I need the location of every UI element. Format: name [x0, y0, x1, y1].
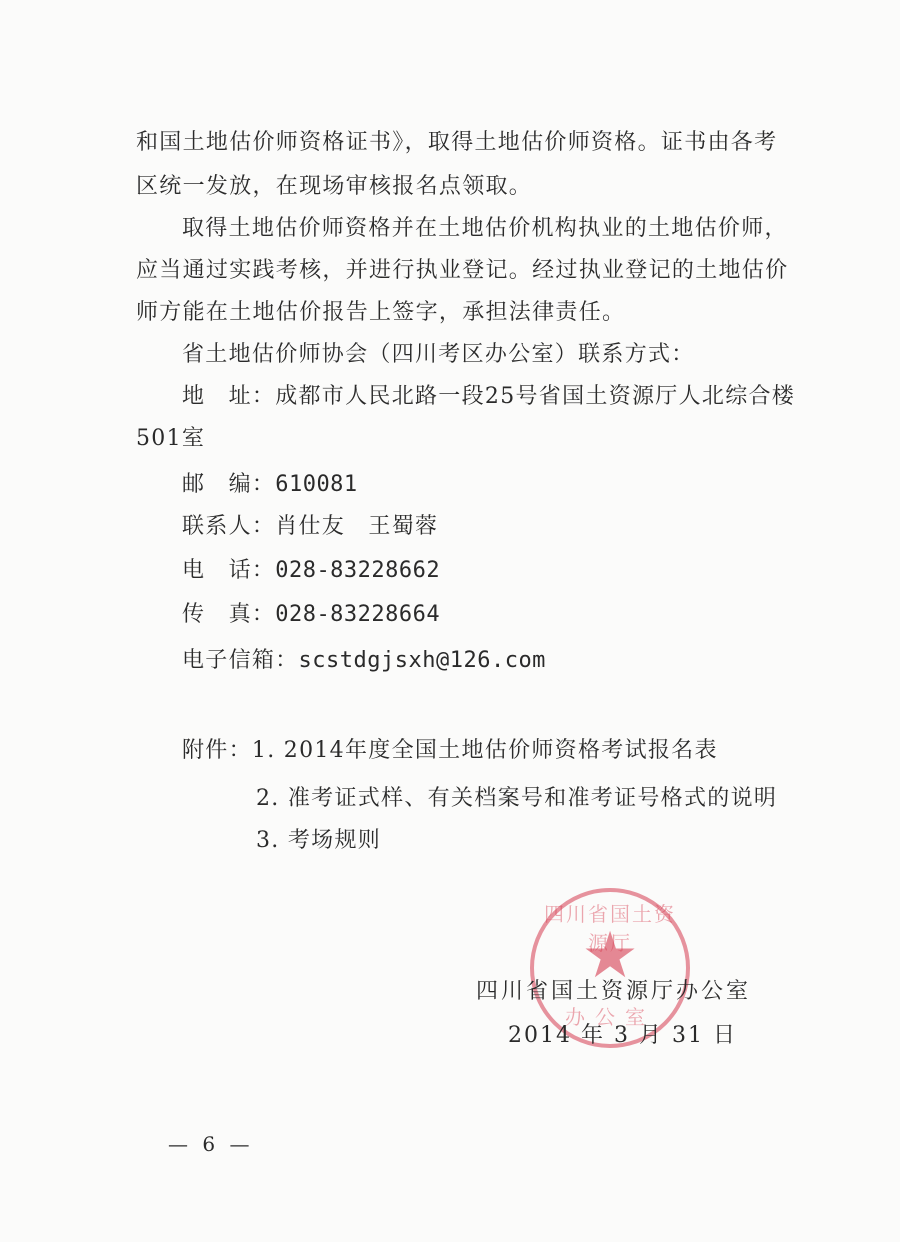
email-value: scstdgjsxh@126.com: [299, 648, 546, 673]
attachments-label: 附件：: [182, 738, 252, 763]
email-label: 电子信箱：: [182, 648, 299, 673]
paragraph-2-line-1: 取得土地估价师资格并在土地估价机构执业的土地估价师，: [182, 214, 788, 244]
contact-person-label: 联系人：: [182, 514, 275, 539]
address-row: 地 址：成都市人民北路一段25号省国土资源厅人北综合楼: [182, 382, 795, 412]
fax-row: 传 真：028-83228664: [182, 600, 440, 630]
contact-person-row: 联系人：肖仕友 王蜀蓉: [182, 512, 438, 542]
paragraph-1-line-2: 区统一发放，在现场审核报名点领取。: [136, 172, 532, 202]
paragraph-2-line-3: 师方能在土地估价报告上签字，承担法律责任。: [136, 298, 625, 328]
fax-label: 传 真：: [182, 602, 275, 627]
contact-person-value: 肖仕友 王蜀蓉: [275, 514, 438, 539]
address-value: 成都市人民北路一段25号省国土资源厅人北综合楼: [275, 384, 795, 409]
fax-value: 028-83228664: [275, 602, 440, 627]
page-number: — 6 —: [168, 1132, 253, 1156]
attachments-row-1: 附件：1. 2014年度全国土地估价师资格考试报名表: [182, 736, 718, 766]
postcode-row: 邮 编：610081: [182, 470, 358, 500]
postcode-value: 610081: [275, 472, 357, 497]
paragraph-2-line-2: 应当通过实践考核，并进行执业登记。经过执业登记的土地估价: [136, 256, 788, 286]
attachment-item-3: 3. 考场规则: [256, 826, 381, 856]
attachment-item-1: 1. 2014年度全国土地估价师资格考试报名表: [252, 738, 718, 763]
email-row: 电子信箱：scstdgjsxh@126.com: [182, 646, 546, 676]
address-line-2: 501室: [136, 424, 205, 454]
phone-value: 028-83228662: [275, 558, 440, 583]
address-label: 地 址：: [182, 384, 275, 409]
phone-label: 电 话：: [182, 558, 275, 583]
attachment-item-2: 2. 准考证式样、有关档案号和准考证号格式的说明: [256, 784, 777, 814]
paragraph-1-line-1: 和国土地估价师资格证书》，取得土地估价师资格。证书由各考: [136, 128, 777, 158]
postcode-label: 邮 编：: [182, 472, 275, 497]
signature-date: 2014 年 3 月 31 日: [508, 1018, 737, 1049]
contact-heading: 省土地估价师协会（四川考区办公室）联系方式：: [182, 340, 695, 370]
signature-org: 四川省国土资源厅办公室: [476, 974, 751, 1005]
phone-row: 电 话：028-83228662: [182, 556, 440, 586]
